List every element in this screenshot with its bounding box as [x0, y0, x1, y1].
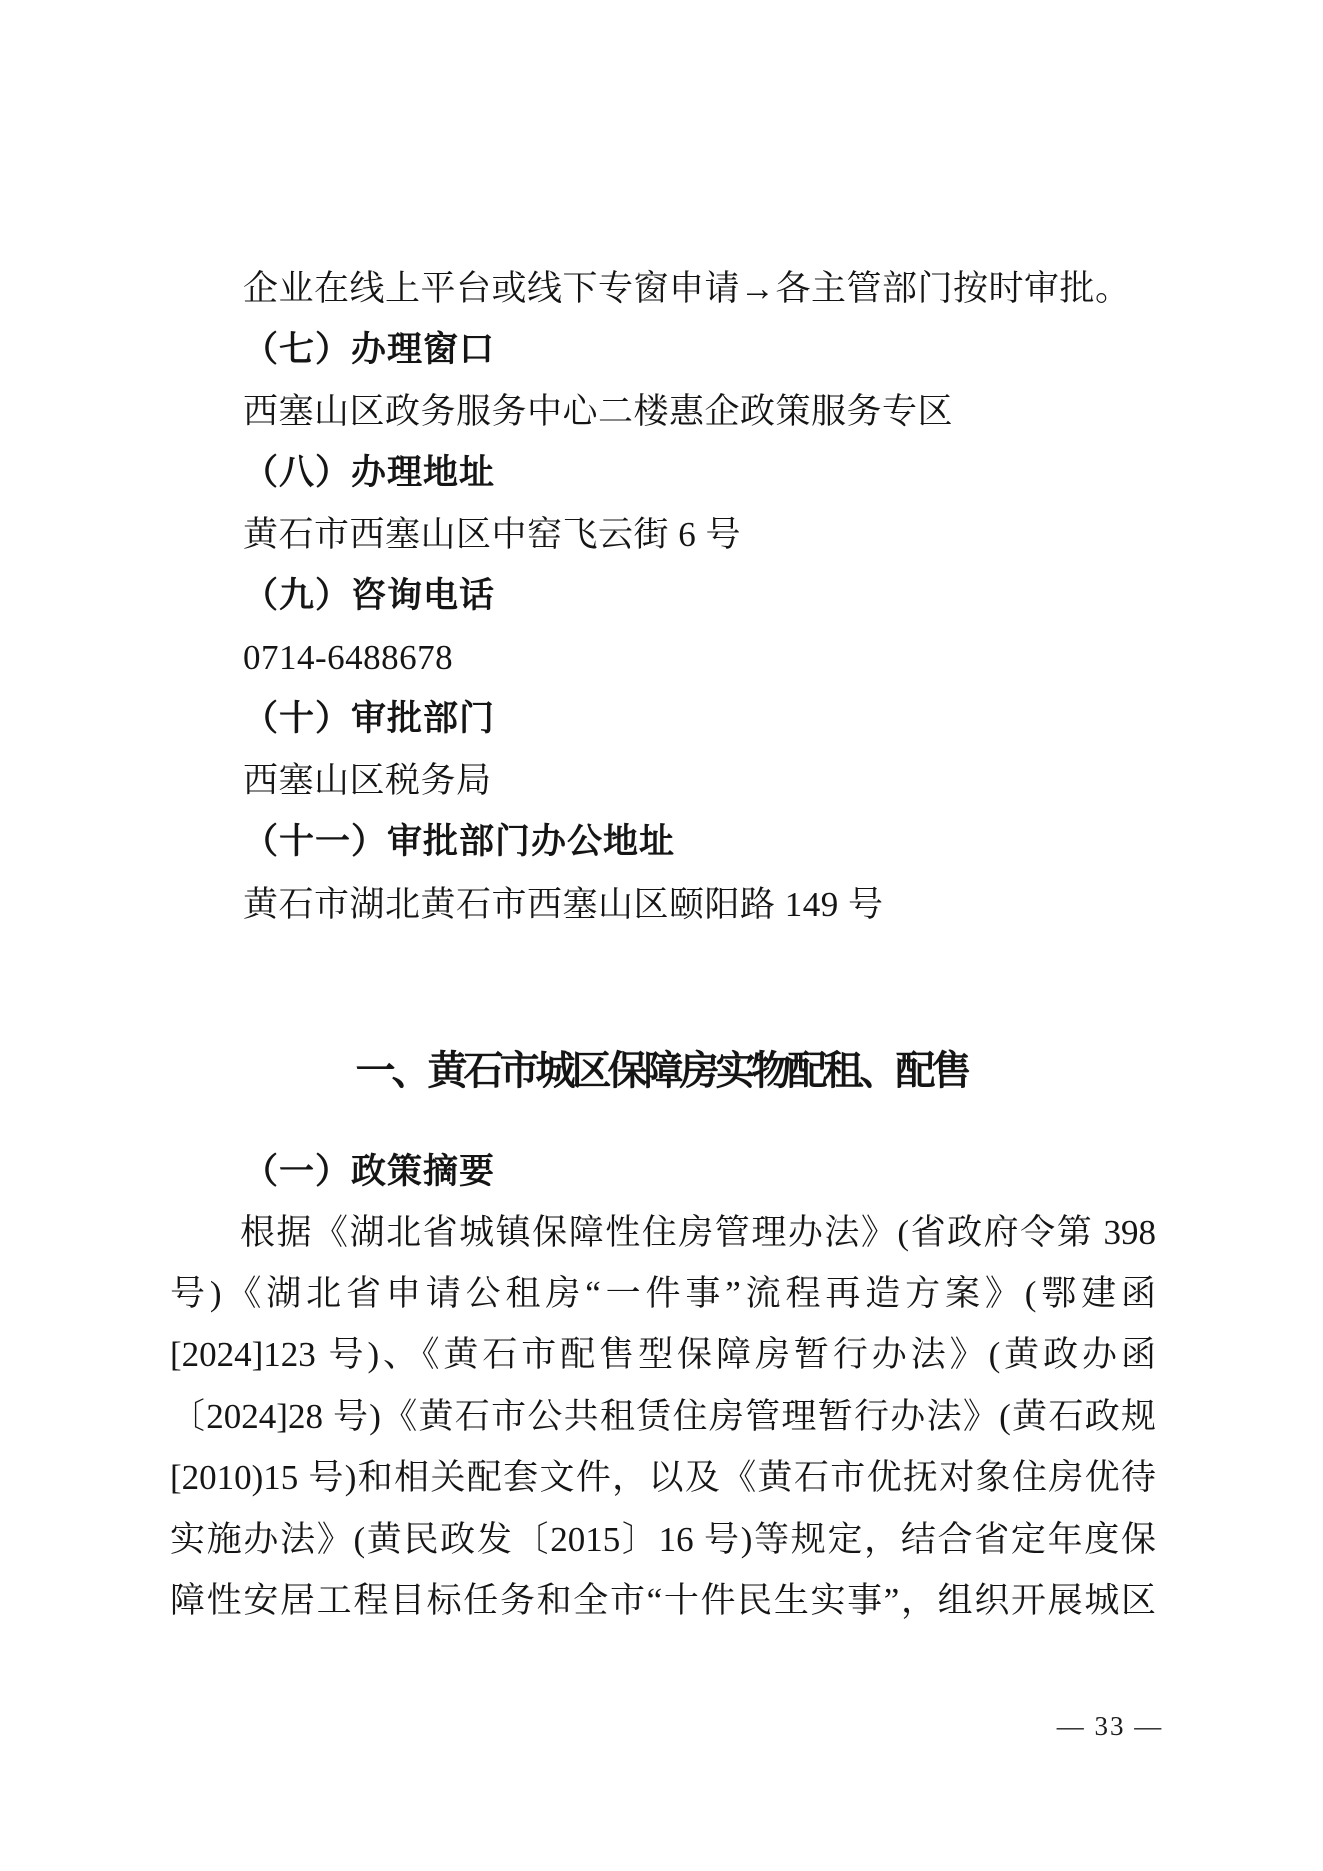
subsection-heading-9: （九）咨询电话	[243, 571, 495, 621]
subsection-value-8: 黄石市西塞山区中窑飞云街 6 号	[243, 510, 741, 560]
subsection-value-10: 西塞山区税务局	[243, 756, 492, 806]
subsection-heading-10: （十）审批部门	[243, 694, 495, 744]
subsection-value-9-phone: 0714-6488678	[243, 633, 453, 683]
policy-paragraph-line-7: 障性安居工程目标任务和全市“十件民生实事”，组织开展城区	[170, 1576, 1156, 1626]
policy-summary-heading: （一）政策摘要	[243, 1147, 495, 1197]
subsection-heading-8: （八）办理地址	[243, 448, 495, 498]
policy-paragraph-line-3: [2024]123 号)、《黄石市配售型保障房暂行办法》(黄政办函	[170, 1330, 1156, 1380]
policy-paragraph-line-5: [2010)15 号)和相关配套文件，以及《黄石市优抚对象住房优待	[170, 1453, 1156, 1503]
paragraph-continuation-line: 企业在线上平台或线下专窗申请→各主管部门按时审批。	[243, 264, 1131, 314]
subsection-heading-7: （七）办理窗口	[243, 325, 495, 375]
subsection-value-11: 黄石市湖北黄石市西塞山区颐阳路 149 号	[243, 880, 884, 930]
subsection-value-7: 西塞山区政务服务中心二楼惠企政策服务专区	[243, 387, 953, 437]
policy-paragraph-line-4: 〔2024]28 号)《黄石市公共租赁住房管理暂行办法》(黄石政规	[170, 1392, 1156, 1442]
policy-paragraph-line-6: 实施办法》(黄民政发〔2015〕16 号)等规定，结合省定年度保	[170, 1515, 1156, 1565]
policy-paragraph-line-2: 号)《湖北省申请公租房“一件事”流程再造方案》(鄂建函	[170, 1269, 1156, 1319]
subsection-heading-11: （十一）审批部门办公地址	[243, 817, 675, 867]
page-number: — 33 —	[1020, 1706, 1200, 1746]
document-page: 企业在线上平台或线下专窗申请→各主管部门按时审批。 （七）办理窗口 西塞山区政务…	[0, 0, 1323, 1871]
chapter-heading: 一、黄石市城区保障房实物配租、配售	[0, 1043, 1323, 1099]
policy-paragraph-line-1: 根据《湖北省城镇保障性住房管理办法》(省政府令第 398	[170, 1208, 1156, 1258]
